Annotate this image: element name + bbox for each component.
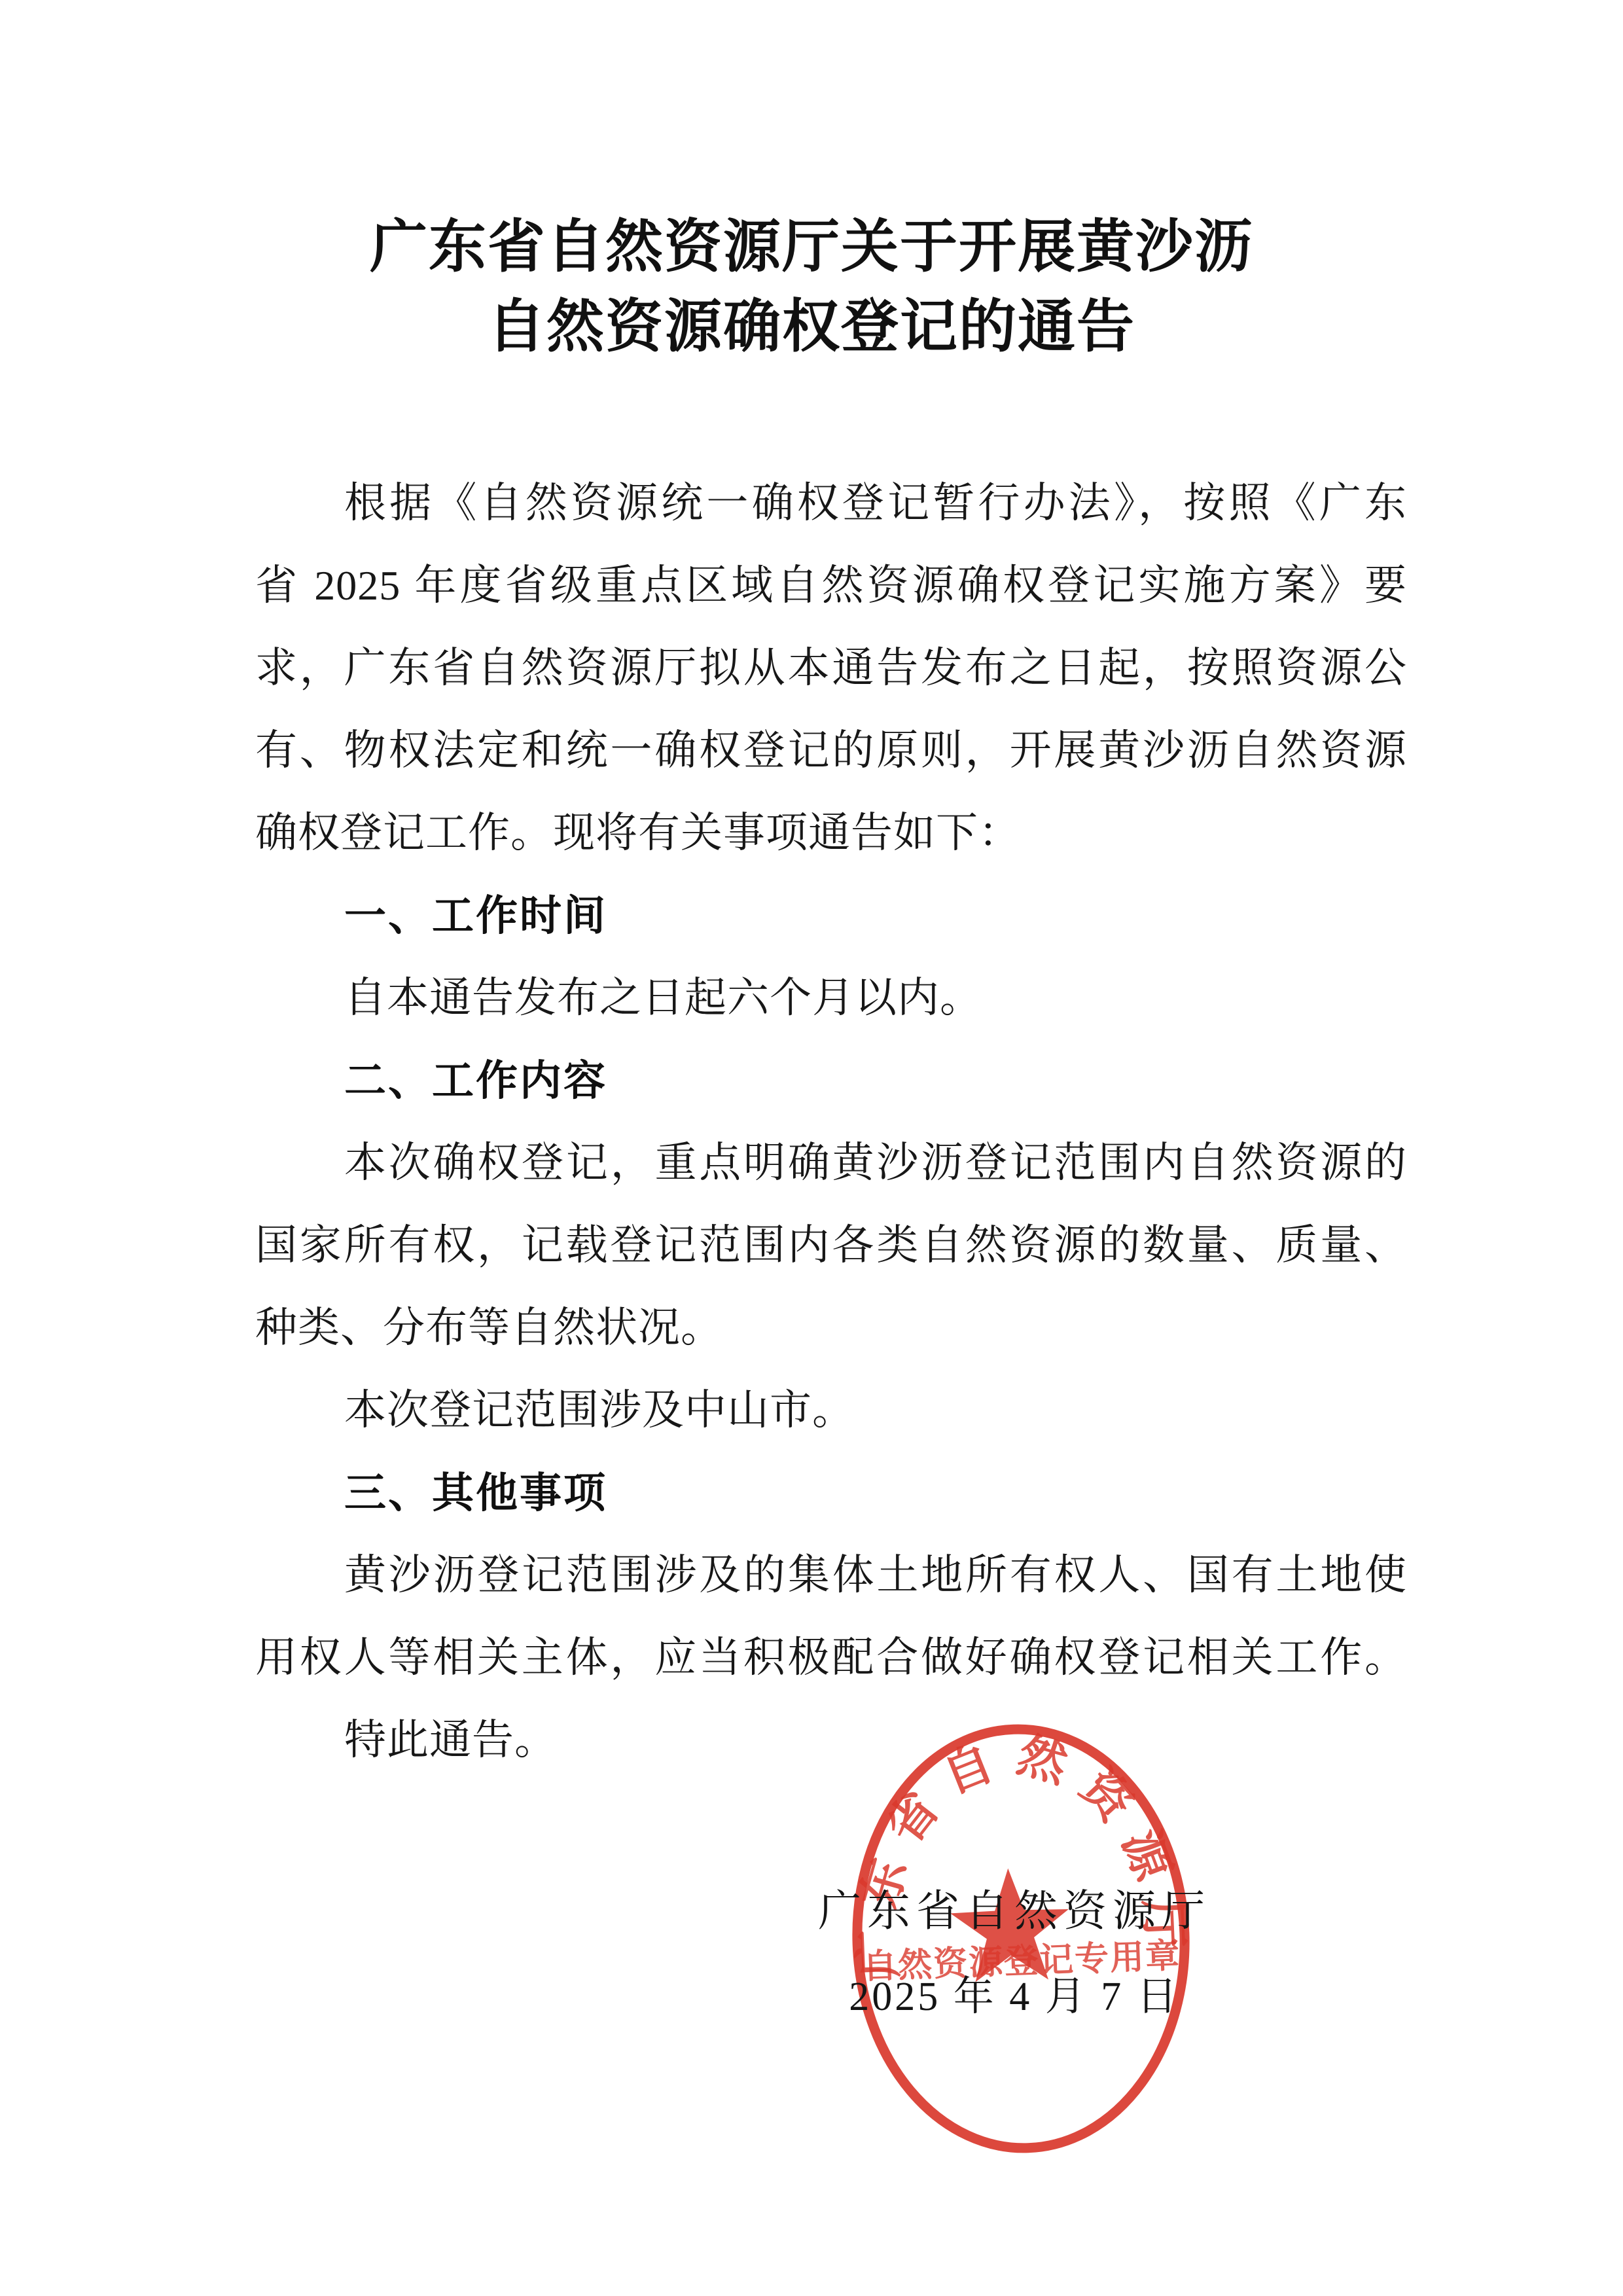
document-page: 广东省自然资源厅 自然资源登记专用章 广东省自然资源厅关于开展黄沙沥 自然资源确… (0, 0, 1623, 2296)
document-line: 黄沙沥登记范围涉及的集体土地所有权人、国有土地使 (255, 1534, 1407, 1617)
document-line: 确权登记工作。现将有关事项通告如下： (255, 792, 1407, 874)
document-line: 根据《自然资源统一确权登记暂行办法》，按照《广东 (255, 462, 1407, 545)
document-line: 有、物权法定和统一确权登记的原则，开展黄沙沥自然资源 (255, 709, 1407, 792)
document-line: 用权人等相关主体，应当积极配合做好确权登记相关工作。 (255, 1617, 1407, 1699)
section-heading-1: 一、工作时间 (255, 874, 1407, 957)
document-body: 根据《自然资源统一确权登记暂行办法》，按照《广东 省 2025 年度省级重点区域… (255, 462, 1407, 1782)
document-title: 广东省自然资源厅关于开展黄沙沥 自然资源确权登记的通告 (0, 208, 1623, 368)
document-line: 自本通告发布之日起六个月以内。 (255, 957, 1407, 1039)
title-line-2: 自然资源确权登记的通告 (0, 288, 1623, 368)
document-line: 本次确权登记，重点明确黄沙沥登记范围内自然资源的 (255, 1122, 1407, 1204)
document-line: 国家所有权，记载登记范围内各类自然资源的数量、质量、 (255, 1204, 1407, 1287)
document-line: 省 2025 年度省级重点区域自然资源确权登记实施方案》要 (255, 545, 1407, 627)
section-heading-3: 三、其他事项 (255, 1452, 1407, 1534)
signature-org: 广东省自然资源厅 (759, 1884, 1270, 1940)
signature-date: 2025 年 4 月 7 日 (759, 1969, 1270, 2025)
document-line: 特此通告。 (255, 1699, 1407, 1782)
document-line: 求，广东省自然资源厅拟从本通告发布之日起，按照资源公 (255, 627, 1407, 709)
document-line: 种类、分布等自然状况。 (255, 1287, 1407, 1369)
document-line: 本次登记范围涉及中山市。 (255, 1369, 1407, 1452)
title-line-1: 广东省自然资源厅关于开展黄沙沥 (0, 208, 1623, 288)
section-heading-2: 二、工作内容 (255, 1039, 1407, 1122)
